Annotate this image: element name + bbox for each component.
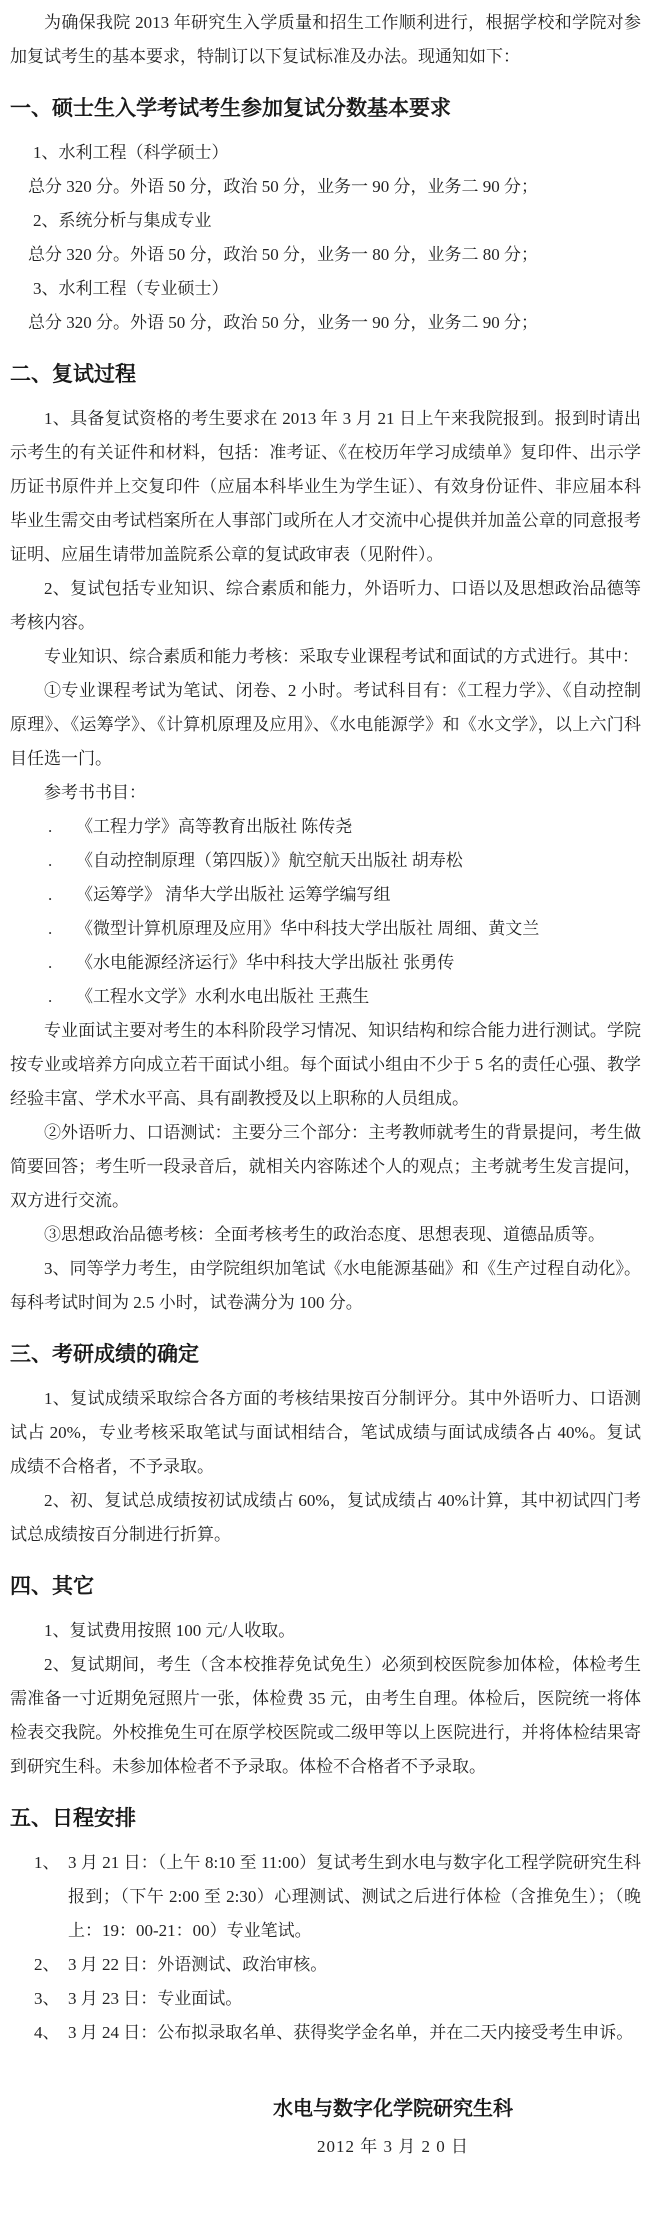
schedule-item-number: 2、: [34, 1948, 68, 1982]
reference-item: . 《工程水文学》水利水电出版社 王燕生: [10, 980, 641, 1014]
bullet-dot-icon: .: [48, 912, 76, 946]
signature-organization: 水电与数字化学院研究生科: [273, 2094, 513, 2124]
schedule-item-number: 4、: [34, 2016, 68, 2050]
reference-item: . 《自动控制原理（第四版）》航空航天出版社 胡寿松: [10, 844, 641, 878]
reference-text: 《工程力学》高等教育出版社 陈传尧: [76, 810, 641, 844]
reference-item: . 《运筹学》 清华大学出版社 运筹学编写组: [10, 878, 641, 912]
score-line: 总分 320 分。外语 50 分，政治 50 分，业务一 90 分，业务二 90…: [10, 306, 641, 340]
section5-heading: 五、日程安排: [10, 1804, 641, 1834]
intro-paragraph: 为确保我院 2013 年研究生入学质量和招生工作顺利进行，根据学校和学院对参加复…: [10, 6, 641, 74]
reference-item: . 《工程力学》高等教育出版社 陈传尧: [10, 810, 641, 844]
bullet-dot-icon: .: [48, 980, 76, 1014]
score-line: 总分 320 分。外语 50 分，政治 50 分，业务一 90 分，业务二 90…: [10, 170, 641, 204]
section2-paragraph-5: 专业面试主要对考生的本科阶段学习情况、知识结构和综合能力进行测试。学院按专业或培…: [10, 1014, 641, 1116]
reference-text: 《运筹学》 清华大学出版社 运筹学编写组: [76, 878, 641, 912]
schedule-list: 1、 3 月 21 日：（上午 8:10 至 11:00）复试考生到水电与数字化…: [10, 1846, 641, 2050]
schedule-item-text: 3 月 24 日：公布拟录取名单、获得奖学金名单，并在二天内接受考生申诉。: [68, 2016, 641, 2050]
section2-heading: 二、复试过程: [10, 360, 641, 390]
section4-paragraph-2: 2、复试期间，考生（含本校推荐免试免生）必须到校医院参加体检，体检考生需准备一寸…: [10, 1648, 641, 1784]
notice-document-page: 为确保我院 2013 年研究生入学质量和招生工作顺利进行，根据学校和学院对参加复…: [0, 0, 653, 2236]
reference-text: 《微型计算机原理及应用》华中科技大学出版社 周细、黄文兰: [76, 912, 641, 946]
reference-text: 《自动控制原理（第四版）》航空航天出版社 胡寿松: [76, 844, 641, 878]
section4-heading: 四、其它: [10, 1572, 641, 1602]
score-requirements-list: 1、水利工程（科学硕士） 总分 320 分。外语 50 分，政治 50 分，业务…: [10, 136, 641, 340]
section2-paragraph-8: 3、同等学力考生，由学院组织加笔试《水电能源基础》和《生产过程自动化》。每科考试…: [10, 1252, 641, 1320]
signature-block: 水电与数字化学院研究生科 2012 年 3 月 2 0 日: [273, 2094, 513, 2162]
schedule-item: 2、 3 月 22 日：外语测试、政治审核。: [34, 1948, 641, 1982]
schedule-item-number: 1、: [34, 1846, 68, 1948]
schedule-item: 4、 3 月 24 日：公布拟录取名单、获得奖学金名单，并在二天内接受考生申诉。: [34, 2016, 641, 2050]
schedule-item: 1、 3 月 21 日：（上午 8:10 至 11:00）复试考生到水电与数字化…: [34, 1846, 641, 1948]
bullet-dot-icon: .: [48, 810, 76, 844]
section2-paragraph-2: 2、复试包括专业知识、综合素质和能力，外语听力、口语以及思想政治品德等考核内容。: [10, 572, 641, 640]
section2-paragraph-7: ③思想政治品德考核：全面考核考生的政治态度、思想表现、道德品质等。: [10, 1218, 641, 1252]
schedule-item-text: 3 月 23 日：专业面试。: [68, 1982, 641, 2016]
major-label: 1、水利工程（科学硕士）: [10, 136, 641, 170]
major-label: 2、系统分析与集成专业: [10, 204, 641, 238]
reference-item: . 《水电能源经济运行》华中科技大学出版社 张勇传: [10, 946, 641, 980]
section3-paragraph-2: 2、初、复试总成绩按初试成绩占 60%，复试成绩占 40%计算，其中初试四门考试…: [10, 1484, 641, 1552]
schedule-item-text: 3 月 21 日：（上午 8:10 至 11:00）复试考生到水电与数字化工程学…: [68, 1846, 641, 1948]
bullet-dot-icon: .: [48, 844, 76, 878]
signature-date: 2012 年 3 月 2 0 日: [273, 2132, 513, 2162]
bullet-dot-icon: .: [48, 878, 76, 912]
section3-heading: 三、考研成绩的确定: [10, 1340, 641, 1370]
schedule-item: 3、 3 月 23 日：专业面试。: [34, 1982, 641, 2016]
reference-item: . 《微型计算机原理及应用》华中科技大学出版社 周细、黄文兰: [10, 912, 641, 946]
reference-list: . 《工程力学》高等教育出版社 陈传尧 . 《自动控制原理（第四版）》航空航天出…: [10, 810, 641, 1014]
section2-paragraph-6: ②外语听力、口语测试：主要分三个部分：主考教师就考生的背景提问，考生做简要回答；…: [10, 1116, 641, 1218]
section2-paragraph-3: 专业知识、综合素质和能力考核：采取专业课程考试和面试的方式进行。其中：: [10, 640, 641, 674]
schedule-item-number: 3、: [34, 1982, 68, 2016]
bullet-dot-icon: .: [48, 946, 76, 980]
section3-paragraph-1: 1、复试成绩采取综合各方面的考核结果按百分制评分。其中外语听力、口语测试占 20…: [10, 1382, 641, 1484]
score-line: 总分 320 分。外语 50 分，政治 50 分，业务一 80 分，业务二 80…: [10, 238, 641, 272]
schedule-item-text: 3 月 22 日：外语测试、政治审核。: [68, 1948, 641, 1982]
section2-paragraph-4: ①专业课程考试为笔试、闭卷、2 小时。考试科目有：《工程力学》、《自动控制原理》…: [10, 674, 641, 776]
section1-heading: 一、硕士生入学考试考生参加复试分数基本要求: [10, 94, 641, 124]
section4-paragraph-1: 1、复试费用按照 100 元/人收取。: [10, 1614, 641, 1648]
reference-text: 《工程水文学》水利水电出版社 王燕生: [76, 980, 641, 1014]
section2-paragraph-1: 1、具备复试资格的考生要求在 2013 年 3 月 21 日上午来我院报到。报到…: [10, 402, 641, 572]
major-label: 3、水利工程（专业硕士）: [10, 272, 641, 306]
reference-list-title: 参考书书目：: [10, 776, 641, 810]
reference-text: 《水电能源经济运行》华中科技大学出版社 张勇传: [76, 946, 641, 980]
